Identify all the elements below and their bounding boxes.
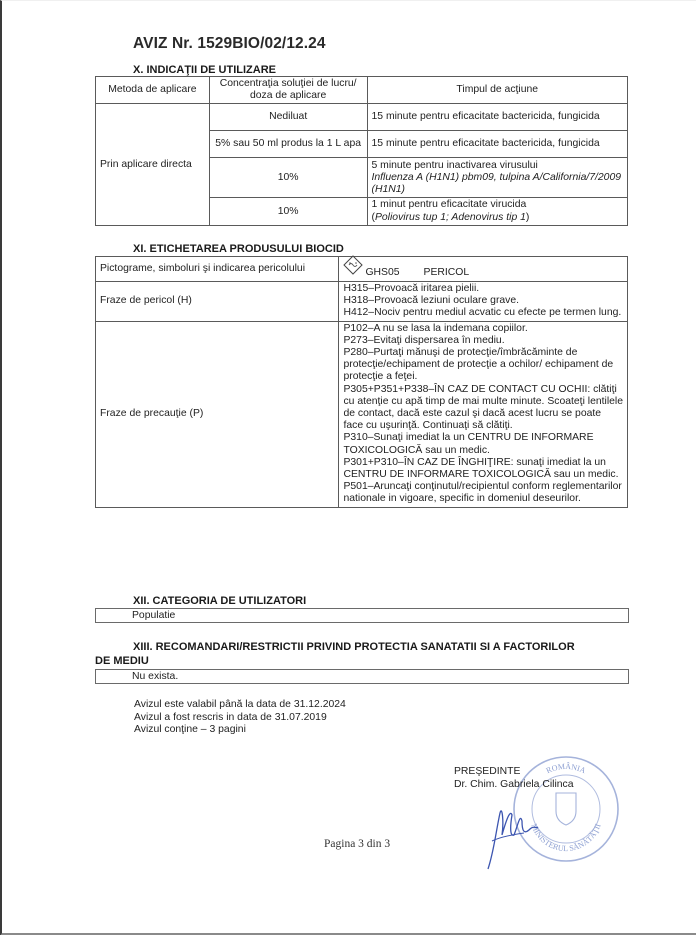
- virus-strain-text: Influenza A (H1N1) pbm09, tulpina A/Cali…: [372, 172, 622, 195]
- paren-close: ): [526, 212, 529, 223]
- recommendations-box: Nu exista.: [95, 669, 629, 684]
- time-text: 5 minute pentru inactivarea virusului: [372, 160, 538, 171]
- time-cell: 15 minute pentru eficacitate bactericida…: [367, 104, 628, 131]
- table-row: Pictograme, simboluri şi indicarea peric…: [96, 257, 628, 282]
- signatory-role: PREŞEDINTE: [454, 765, 574, 778]
- header-method: Metoda de aplicare: [96, 77, 210, 104]
- page-footer: Pagina 3 din 3: [324, 838, 390, 850]
- method-cell: Prin aplicare directa: [96, 104, 210, 225]
- virus-strain-text: Poliovirus tup 1; Adenovirus tip 1: [375, 212, 526, 223]
- section-xi-title: XI. ETICHETAREA PRODUSULUI BIOCID: [133, 243, 344, 255]
- table-header-row: Metoda de aplicare Concentraţia soluţiei…: [96, 77, 628, 104]
- table-row: Fraze de precauţie (P) P102–A nu se lasa…: [96, 321, 628, 507]
- section-xiii-title: XIII. RECOMANDARI/RESTRICTII PRIVIND PRO…: [133, 641, 575, 653]
- precaution-phrase: P280–Purtaţi mănuşi de protecţie/îmbrăcă…: [343, 347, 623, 384]
- user-category-box: Populatie: [95, 608, 629, 623]
- section-x-title: X. INDICAŢII DE UTILIZARE: [133, 64, 276, 76]
- hazard-phrases: H315–Provoacă iritarea pielii.H318–Provo…: [339, 282, 628, 322]
- concentration-cell: Nediluat: [209, 104, 367, 131]
- hazard-label: Fraze de pericol (H): [96, 282, 339, 322]
- pictogram-cell: GHS05 PERICOL: [339, 257, 628, 282]
- table-row: Fraze de pericol (H) H315–Provoacă irita…: [96, 282, 628, 322]
- hazard-phrase: H318–Provoacă leziuni oculare grave.: [343, 295, 623, 307]
- precaution-phrases: P102–A nu se lasa la indemana copiilor.P…: [339, 321, 628, 507]
- labeling-table: Pictograme, simboluri şi indicarea peric…: [95, 256, 628, 508]
- precaution-label: Fraze de precauţie (P): [96, 321, 339, 507]
- document-page: AVIZ Nr. 1529BIO/02/12.24 X. INDICAŢII D…: [0, 0, 696, 935]
- pictogram-label: Pictograme, simboluri şi indicarea peric…: [96, 257, 339, 282]
- section-xiii-title-cont: DE MEDIU: [95, 655, 149, 667]
- validity-date: Avizul este valabil până la data de 31.1…: [134, 699, 346, 712]
- section-xii-title: XII. CATEGORIA DE UTILIZATORI: [133, 595, 306, 607]
- time-cell: 5 minute pentru inactivarea virusului In…: [367, 158, 628, 198]
- hazard-phrase: H412–Nociv pentru mediul acvatic cu efec…: [343, 307, 623, 319]
- concentration-cell: 10%: [209, 158, 367, 198]
- hazard-phrase: H315–Provoacă iritarea pielii.: [343, 283, 623, 295]
- ghs05-corrosion-icon: [343, 255, 363, 275]
- table-row: Prin aplicare directa Nediluat 15 minute…: [96, 104, 628, 131]
- precaution-phrase: P501–Aruncaţi conţinutul/recipientul con…: [343, 481, 623, 505]
- precaution-phrase: P102–A nu se lasa la indemana copiilor.: [343, 323, 623, 335]
- time-cell: 1 minut pentru eficacitate virucida (Pol…: [367, 198, 628, 225]
- header-time: Timpul de acţiune: [367, 77, 628, 104]
- time-text: 1 minut pentru eficacitate virucida: [372, 199, 527, 210]
- ghs-code: GHS05: [365, 267, 399, 279]
- document-title: AVIZ Nr. 1529BIO/02/12.24: [133, 35, 326, 53]
- validity-notes: Avizul este valabil până la data de 31.1…: [134, 699, 346, 737]
- rewrite-date: Avizul a fost rescris in data de 31.07.2…: [134, 712, 346, 725]
- usage-table: Metoda de aplicare Concentraţia soluţiei…: [95, 76, 628, 226]
- signatory-block: PREŞEDINTE Dr. Chim. Gabriela Cilinca: [454, 765, 574, 791]
- handwritten-signature-icon: [480, 791, 542, 873]
- header-concentration: Concentraţia soluţiei de lucru/ doza de …: [209, 77, 367, 104]
- time-cell: 15 minute pentru eficacitate bactericida…: [367, 131, 628, 158]
- concentration-cell: 10%: [209, 198, 367, 225]
- signatory-name: Dr. Chim. Gabriela Cilinca: [454, 778, 574, 791]
- page-count: Avizul conţine – 3 pagini: [134, 724, 346, 737]
- concentration-cell: 5% sau 50 ml produs la 1 L apa: [209, 131, 367, 158]
- precaution-phrase: P273–Evitaţi dispersarea în mediu.: [343, 335, 623, 347]
- precaution-phrase: P301+P310–ÎN CAZ DE ÎNGHIŢIRE: sunaţi im…: [343, 457, 623, 481]
- precaution-phrase: P305+P351+P338–ÎN CAZ DE CONTACT CU OCHI…: [343, 384, 623, 433]
- precaution-phrase: P310–Sunaţi imediat la un CENTRU DE INFO…: [343, 432, 623, 456]
- signal-word: PERICOL: [424, 267, 470, 279]
